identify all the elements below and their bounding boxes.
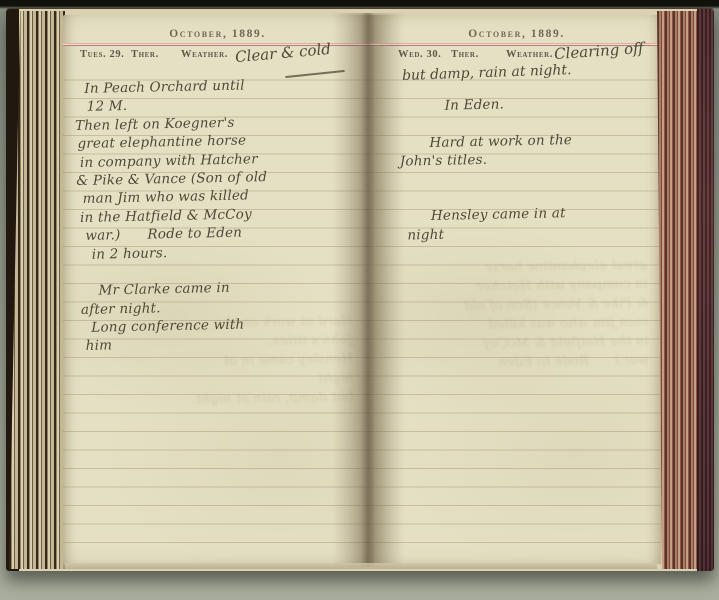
diary-page-right: October, 1889. Wed. 30. Ther. Weather. C… [372, 15, 661, 564]
page-bottom-edge [63, 563, 657, 569]
book-cover-right [697, 9, 714, 571]
diary-book: October, 1889. Tues. 29. Ther. Weather. … [6, 8, 714, 571]
diary-page-left: October, 1889. Tues. 29. Ther. Weather. … [63, 15, 372, 564]
diary-entry-right: In Eden. Hard at work on the John's titl… [394, 92, 657, 245]
photo-background: October, 1889. Tues. 29. Ther. Weather. … [0, 0, 719, 600]
ghost-bleedthrough-text: great elephantine horse in company with … [385, 257, 649, 376]
ther-label: Ther. [451, 49, 479, 60]
weather-note-line2: but damp, rain at night. [402, 62, 572, 84]
weather-label: Weather. [506, 49, 553, 60]
page-header-left: October, 1889. [63, 28, 372, 40]
ghost-line: great elephantine horse [385, 257, 647, 281]
diary-entry-left: In Peach Orchard until 12 M. Then left o… [74, 74, 370, 356]
ghost-line: night [81, 370, 353, 394]
ther-label: Ther. [131, 49, 159, 60]
ghost-line: in company with Hatcher [385, 276, 647, 300]
page-edges-right [657, 11, 699, 569]
ghost-line: war.) Rode to Eden [387, 352, 649, 376]
ghost-line: & Pike & Vance (Son of old [386, 295, 648, 319]
page-header-right: October, 1889. [372, 28, 661, 40]
weather-label: Weather. [181, 49, 228, 60]
day-label: Tues. 29. [80, 49, 124, 60]
ghost-line: in the Hatfield & McCoy [386, 333, 648, 357]
ghost-line: but damp, rain at night. [82, 389, 354, 413]
ghost-line: man Jim who was killed [386, 314, 648, 338]
day-label: Wed. 30. [398, 49, 441, 60]
